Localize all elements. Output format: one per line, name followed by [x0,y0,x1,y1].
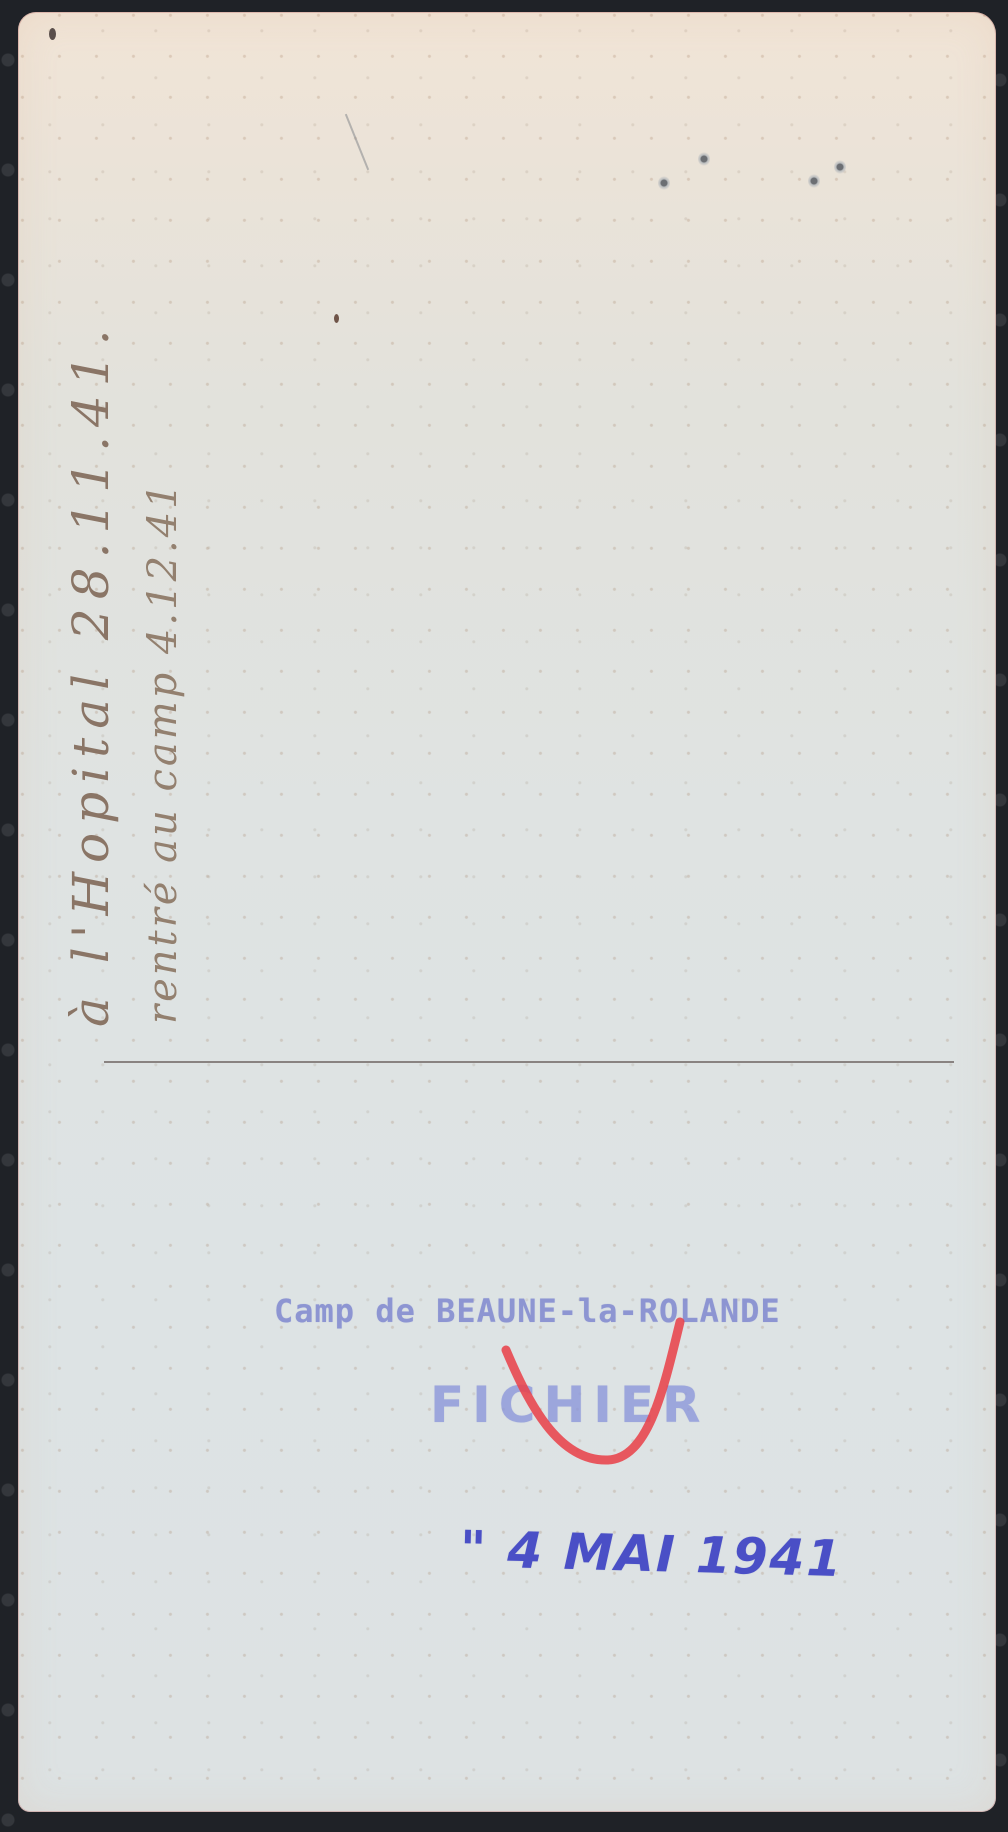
ink-dot [334,314,339,323]
pin-hole-icon [808,174,820,188]
handwritten-note-return-to-camp: rentré au camp 4.12.41 [140,480,186,1024]
pin-hole-icon [834,160,846,174]
stamp-fichier: FICHIER [430,1376,709,1434]
stamp-camp-name: Camp de BEAUNE-la-ROLANDE [274,1292,781,1330]
stamp-date-prefix: " [459,1520,489,1579]
pin-holes [658,142,898,202]
handwritten-note-hospital: à l'Hopital 28.11.41. [62,321,120,1027]
pin-hole-icon [658,176,670,190]
pencil-scratch [345,114,369,170]
index-card: à l'Hopital 28.11.41. rentré au camp 4.1… [18,12,996,1812]
corner-ink-mark [49,28,56,40]
pin-hole-icon [698,152,710,166]
stamp-date-value: 4 MAI 1941 [507,1521,844,1588]
stamp-date: " 4 MAI 1941 [459,1520,844,1588]
horizontal-rule [104,1061,954,1063]
